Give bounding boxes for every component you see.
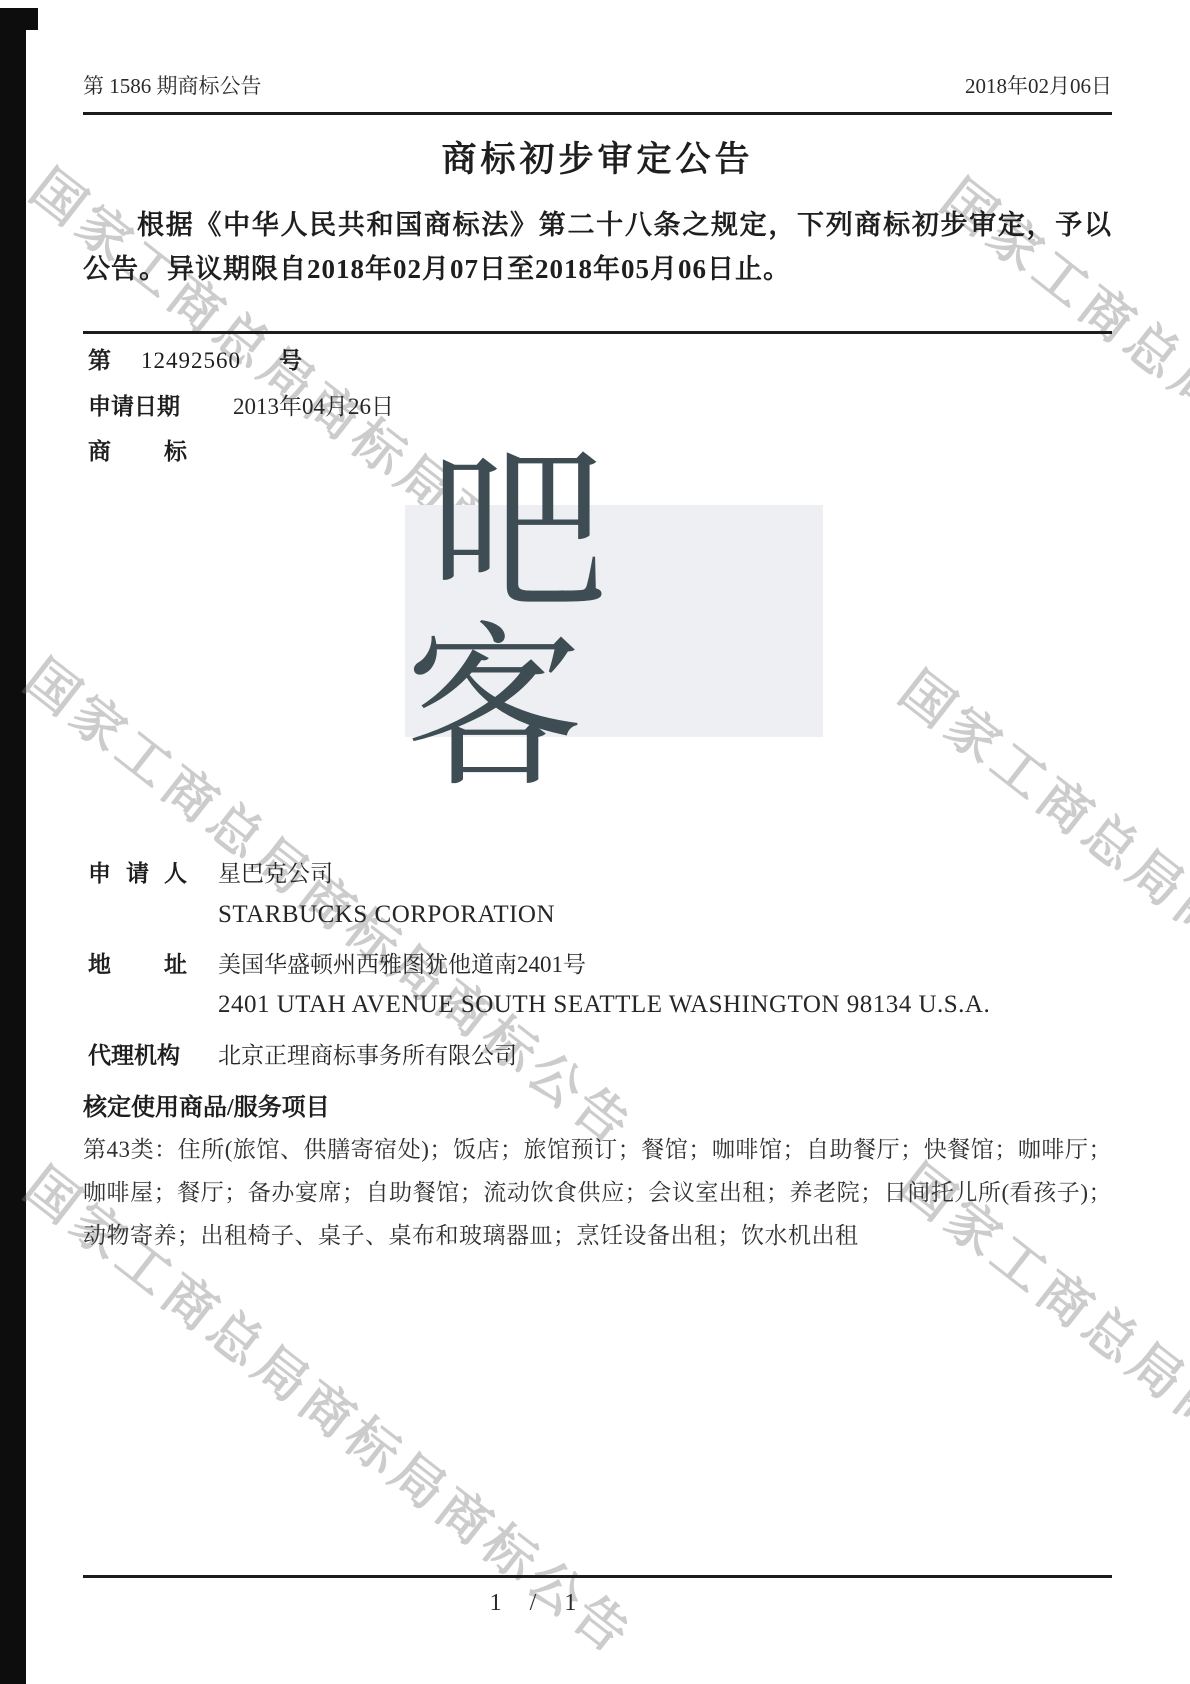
trademark-image: 吧客 <box>405 505 823 737</box>
gazette-publish-date: 2018年02月06日 <box>965 70 1112 100</box>
application-date-row: 申请日期2013年04月26日 <box>88 388 394 421</box>
record-divider <box>83 331 1112 334</box>
address-row: 地址美国华盛顿州西雅图犹他道南2401号 <box>88 946 586 979</box>
applicant-name-en: STARBUCKS CORPORATION <box>218 901 555 929</box>
header-rule <box>83 112 1112 115</box>
page-title: 商标初步审定公告 <box>83 132 1112 182</box>
registration-number-prefix: 第 <box>88 348 111 373</box>
address-label: 地址 <box>88 946 187 979</box>
page-separator: / <box>530 1590 537 1616</box>
agent-row: 代理机构北京正理商标事务所有限公司 <box>88 1037 517 1070</box>
registration-number-suffix: 号 <box>279 348 302 373</box>
registration-number-row: 第12492560号 <box>88 342 302 375</box>
gazette-issue-label: 第 1586 期商标公告 <box>83 70 262 100</box>
document-content: 第 1586 期商标公告 2018年02月06日 商标初步审定公告 根据《中华人… <box>0 0 1190 1684</box>
trademark-label: 商标 <box>88 433 187 466</box>
agent-label: 代理机构 <box>88 1037 187 1070</box>
application-date-value: 2013年04月26日 <box>233 388 394 421</box>
agent-name: 北京正理商标事务所有限公司 <box>218 1037 517 1070</box>
registration-number: 12492560 <box>141 348 241 374</box>
page-indicator: 1/1 <box>83 1590 983 1617</box>
intro-paragraph: 根据《中华人民共和国商标法》第二十八条之规定，下列商标初步审定，予以公告。异议期… <box>83 203 1112 291</box>
application-date-label: 申请日期 <box>88 388 187 421</box>
applicant-row: 申请人星巴克公司 <box>88 855 333 888</box>
trademark-label-row: 商标 <box>88 433 187 466</box>
footer-rule <box>83 1575 1112 1578</box>
page-current: 1 <box>490 1590 502 1616</box>
announcement-page: 国家工商总局商标局商标公告 国家工商总局商标局商标公告 国家工商总局商标局商标公… <box>0 0 1190 1684</box>
address-cn: 美国华盛顿州西雅图犹他道南2401号 <box>218 946 586 979</box>
goods-list: 第43类：住所(旅馆、供膳寄宿处)；饭店；旅馆预订；餐馆；咖啡馆；自助餐厅；快餐… <box>83 1128 1112 1257</box>
goods-heading: 核定使用商品/服务项目 <box>83 1087 330 1122</box>
applicant-label: 申请人 <box>88 855 187 888</box>
page-total: 1 <box>564 1590 576 1616</box>
address-en: 2401 UTAH AVENUE SOUTH SEATTLE WASHINGTO… <box>218 991 990 1019</box>
applicant-name-cn: 星巴克公司 <box>218 855 333 888</box>
trademark-text: 吧客 <box>405 443 823 799</box>
